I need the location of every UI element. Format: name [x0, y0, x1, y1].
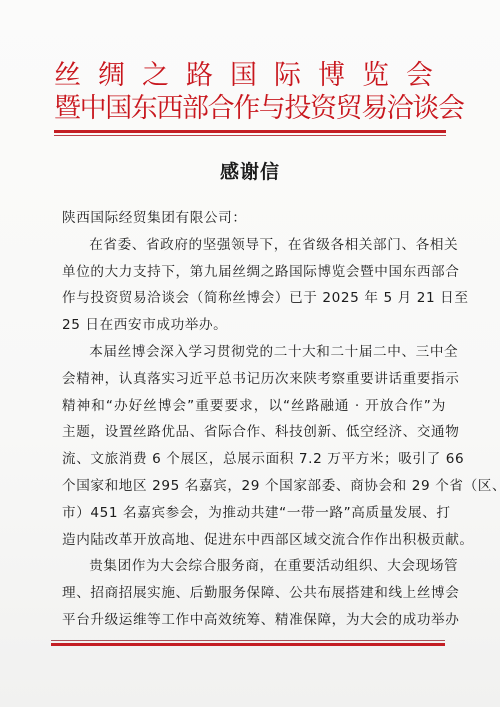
paragraph-3: 贵集团作为大会综合服务商，在重要活动组织、大会现场管 理、招商招展实施、后勤服务… [62, 553, 446, 633]
letterhead-line-2: 暨中国东西部合作与投资贸易洽谈会 [54, 94, 446, 124]
letter-title: 感谢信 [0, 157, 500, 184]
divider-thick-line [51, 643, 445, 646]
paragraph-line: 主题，设置丝路优品、省际合作、科技创新、低空经济、交通物 [62, 419, 446, 446]
paragraph-line: 个国家和地区 295 名嘉宾，29 个国家部委、商协会和 29 个省（区、 [62, 473, 446, 500]
paragraph-line: 会精神，认真落实习近平总书记历次来陕考察重要讲话重要指示 [62, 366, 446, 393]
paragraph-line: 平台升级运维等工作中高效统筹、精准保障，为大会的成功举办 [62, 607, 446, 634]
footer-divider [51, 640, 445, 648]
paragraph-line: 造内陆改革开放高地、促进东中西部区域交流合作作出积极贡献。 [62, 527, 446, 554]
divider-thin-line [54, 135, 446, 136]
letter-body: 陕西国际经贸集团有限公司： 在省委、省政府的坚强领导下，在省级各相关部门、各相关… [62, 205, 446, 634]
paragraph-line: 精神和“办好丝博会”重要要求，以“丝路融通 · 开放合作”为 [62, 393, 446, 420]
divider-thin-line [51, 640, 445, 641]
paragraph-1: 在省委、省政府的坚强领导下，在省级各相关部门、各相关 单位的大力支持下，第九届丝… [62, 232, 446, 339]
salutation: 陕西国际经贸集团有限公司： [62, 205, 446, 232]
paragraph-line: 流、文旅消费 6 个展区，总展示面积 7.2 万平方米；吸引了 66 [62, 446, 446, 473]
paragraph-line: 25 日在西安市成功举办。 [62, 312, 446, 339]
paragraph-line: 市）451 名嘉宾参会，为推动共建“一带一路”高质量发展、打 [62, 500, 446, 527]
divider-thick-line [54, 130, 446, 133]
paragraph-2: 本届丝博会深入学习贯彻党的二十大和二十届二中、三中全 会精神，认真落实习近平总书… [62, 339, 446, 553]
salutation-text: 陕西国际经贸集团有限公司： [62, 205, 446, 232]
paragraph-line: 作与投资贸易洽谈会（简称丝博会）已于 2025 年 5 月 21 日至 [62, 285, 446, 312]
paragraph-line: 本届丝博会深入学习贯彻党的二十大和二十届二中、三中全 [62, 339, 446, 366]
letterhead-divider [54, 130, 446, 138]
letterhead-line-1: 丝绸之路国际博览会 [54, 60, 446, 92]
paragraph-line: 理、招商招展实施、后勤服务保障、公共布展搭建和线上丝博会 [62, 580, 446, 607]
paragraph-line: 在省委、省政府的坚强领导下，在省级各相关部门、各相关 [62, 232, 446, 259]
paragraph-line: 单位的大力支持下，第九届丝绸之路国际博览会暨中国东西部合 [62, 259, 446, 286]
paragraph-line: 贵集团作为大会综合服务商，在重要活动组织、大会现场管 [62, 553, 446, 580]
letter-page: 丝绸之路国际博览会 暨中国东西部合作与投资贸易洽谈会 感谢信 陕西国际经贸集团有… [0, 0, 500, 707]
